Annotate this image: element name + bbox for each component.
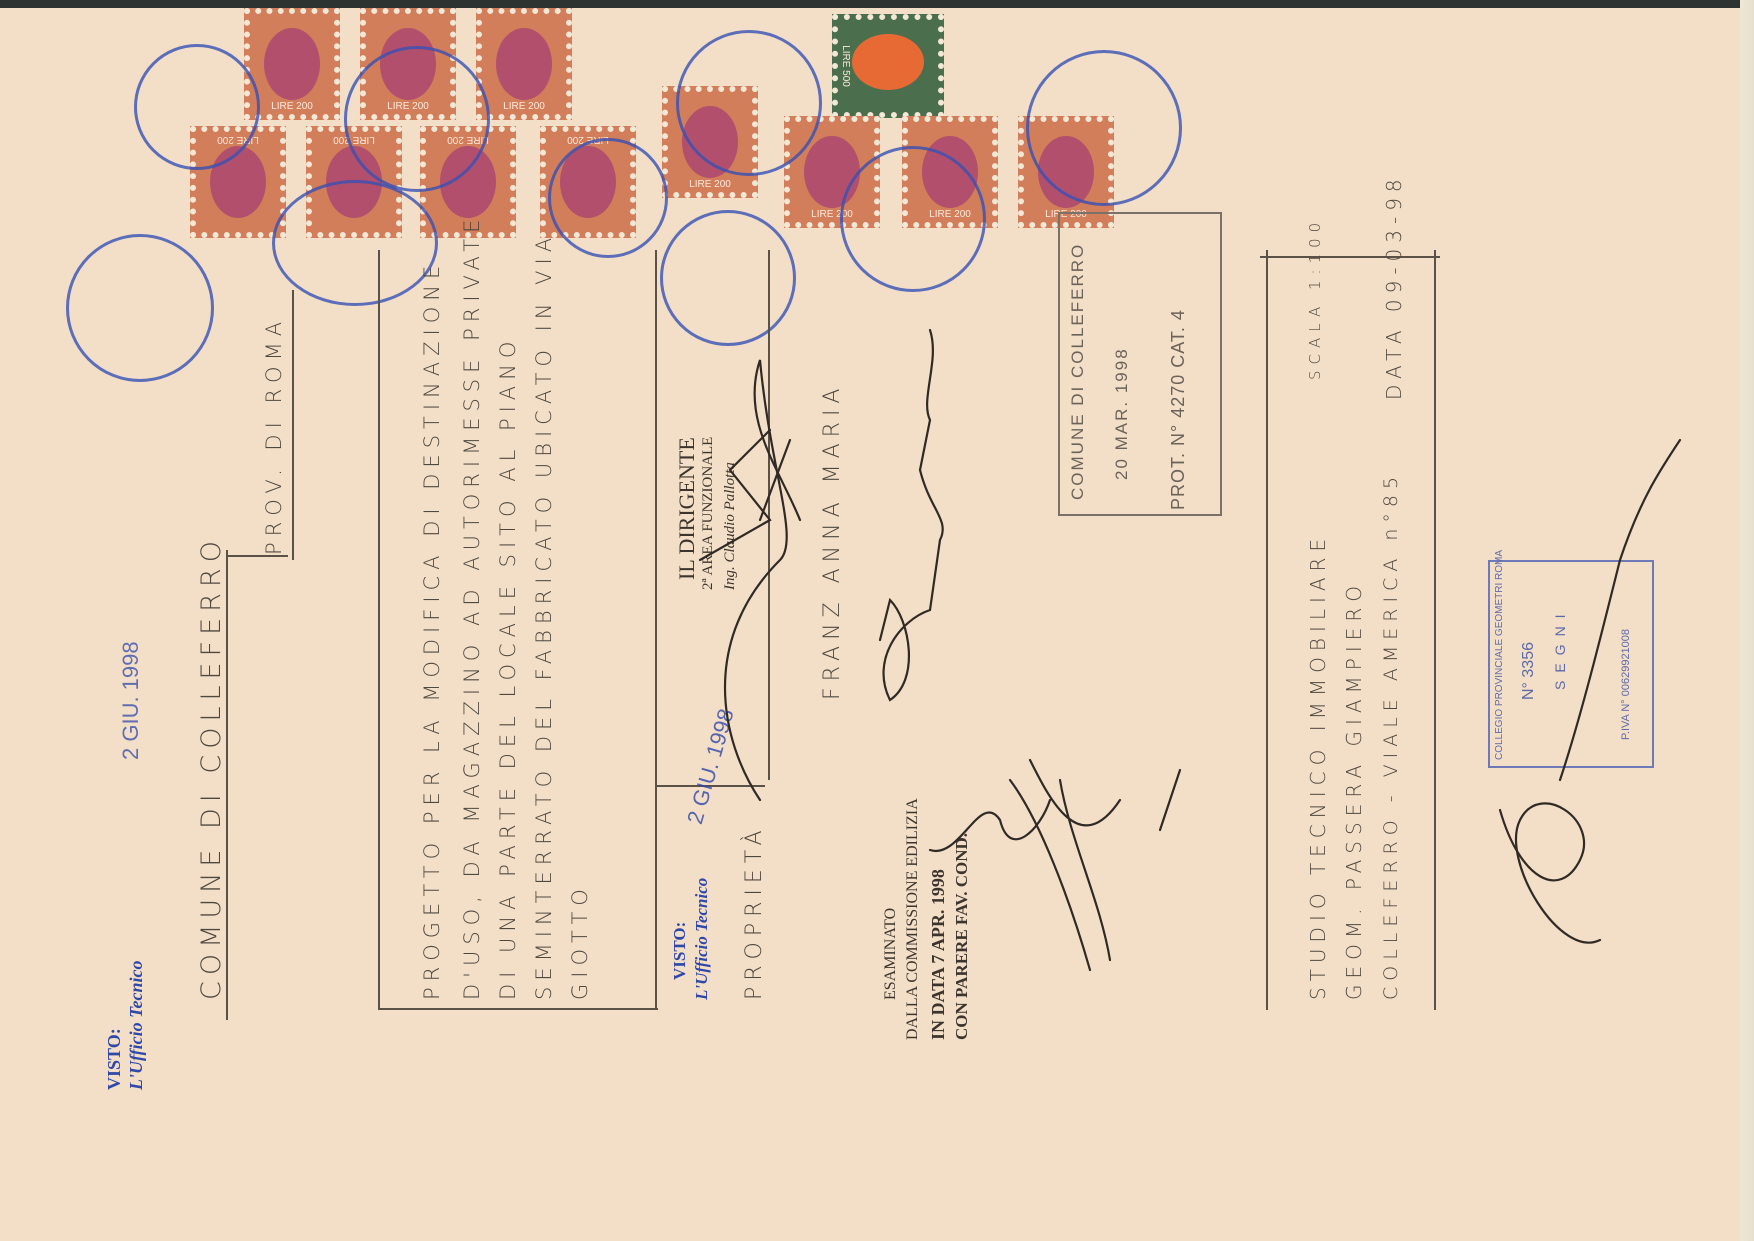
handwritten-signatures [0, 0, 1754, 1241]
